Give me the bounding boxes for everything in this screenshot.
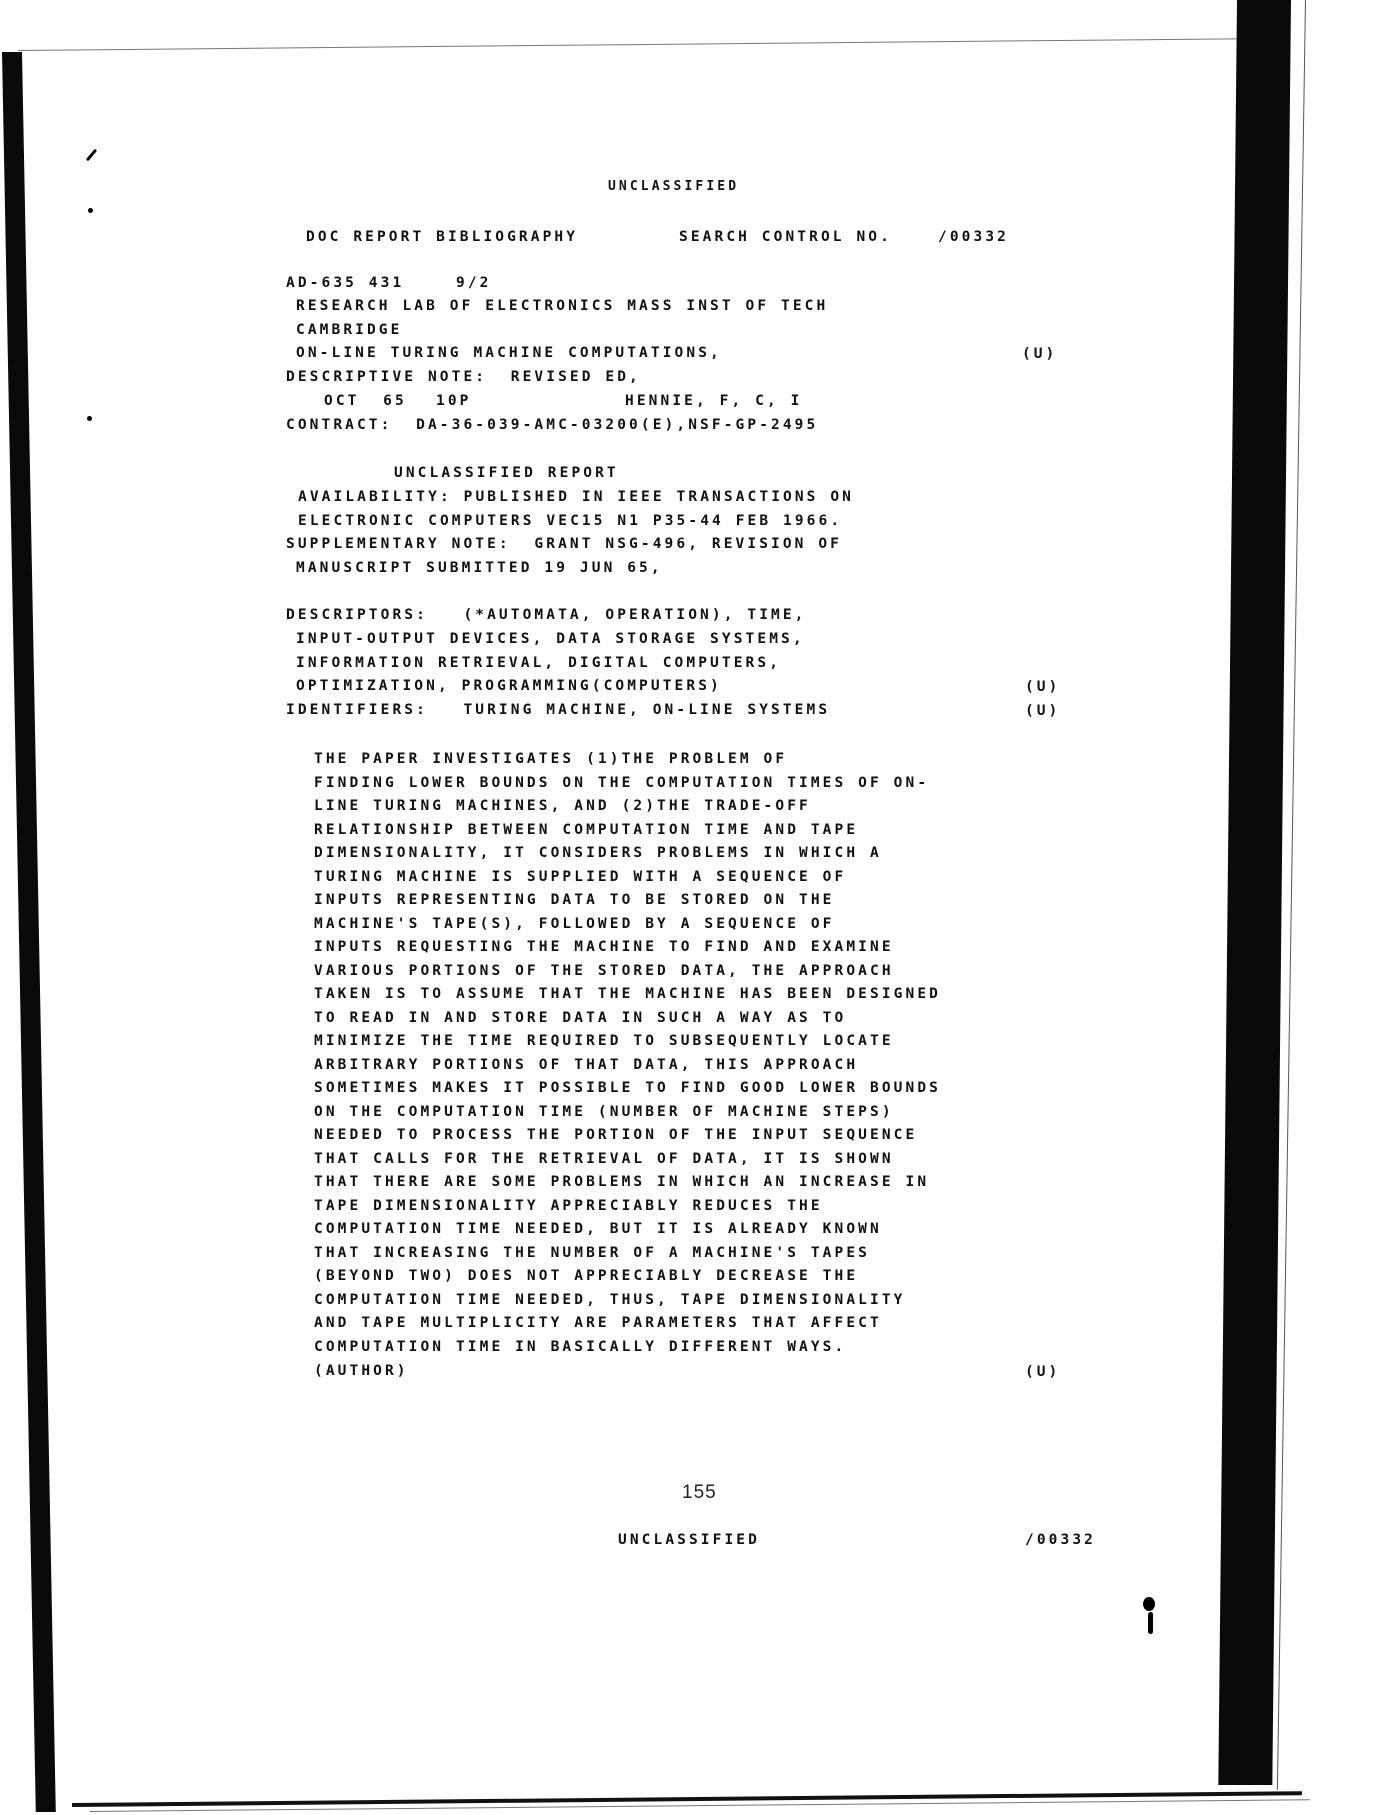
page-count: 10P xyxy=(436,394,472,409)
abstract-line: COMPUTATION TIME NEEDED, BUT IT IS ALREA… xyxy=(314,1222,882,1237)
abstract-author: (AUTHOR) xyxy=(314,1364,409,1379)
source-line: RESEARCH LAB OF ELECTRONICS MASS INST OF… xyxy=(296,299,828,314)
source-line: CAMBRIDGE xyxy=(296,323,402,338)
search-control-number: /00332 xyxy=(938,230,1009,245)
report-date: OCT 65 xyxy=(324,394,407,409)
abstract-line: AND TAPE MULTIPLICITY ARE PARAMETERS THA… xyxy=(314,1316,882,1331)
abstract-line: SOMETIMES MAKES IT POSSIBLE TO FIND GOOD… xyxy=(314,1081,941,1096)
abstract-line: MINIMIZE THE TIME REQUIRED TO SUBSEQUENT… xyxy=(314,1034,894,1049)
descriptors-classification: (U) xyxy=(1025,679,1060,695)
ad-number: AD-635 431 xyxy=(286,276,404,291)
descriptors-line: INFORMATION RETRIEVAL, DIGITAL COMPUTERS… xyxy=(296,656,781,671)
abstract-line: DIMENSIONALITY, IT CONSIDERS PROBLEMS IN… xyxy=(314,846,882,861)
header-classification: UNCLASSIFIED xyxy=(608,180,739,193)
contract: CONTRACT: DA-36-039-AMC-03200(E),NSF-GP-… xyxy=(286,418,818,433)
availability-line: ELECTRONIC COMPUTERS VEC15 N1 P35-44 FEB… xyxy=(298,514,842,529)
abstract-line: THAT INCREASING THE NUMBER OF A MACHINE'… xyxy=(314,1246,870,1261)
abstract-line: THAT CALLS FOR THE RETRIEVAL OF DATA, IT… xyxy=(314,1152,894,1167)
scan-blot xyxy=(1143,1597,1155,1611)
scan-right-border xyxy=(1218,0,1291,1785)
search-control-label: SEARCH CONTROL NO. xyxy=(679,230,892,245)
abstract-line: TURING MACHINE IS SUPPLIED WITH A SEQUEN… xyxy=(314,870,846,885)
scan-mark xyxy=(86,149,97,162)
abstract-line: THAT THERE ARE SOME PROBLEMS IN WHICH AN… xyxy=(314,1175,929,1190)
abstract-line: NEEDED TO PROCESS THE PORTION OF THE INP… xyxy=(314,1128,917,1143)
abstract-line: TAPE DIMENSIONALITY APPRECIABLY REDUCES … xyxy=(314,1199,823,1214)
identifiers-classification: (U) xyxy=(1025,703,1060,719)
footer-control-number: /00332 xyxy=(1025,1533,1096,1548)
scan-left-border xyxy=(2,52,56,1812)
descriptive-note: DESCRIPTIVE NOTE: REVISED ED, xyxy=(286,370,641,385)
scan-speck xyxy=(87,416,92,421)
abstract-line: COMPUTATION TIME NEEDED, THUS, TAPE DIME… xyxy=(314,1293,906,1308)
supplementary-line: SUPPLEMENTARY NOTE: GRANT NSG-496, REVIS… xyxy=(286,537,842,552)
footer-classification: UNCLASSIFIED xyxy=(618,1533,760,1548)
scan-blot xyxy=(1148,1612,1153,1634)
report-title: DOC REPORT BIBLIOGRAPHY xyxy=(306,230,578,245)
report-classification: UNCLASSIFIED REPORT xyxy=(394,466,619,481)
page-number: 155 xyxy=(682,1482,717,1504)
descriptors-line: DESCRIPTORS: (*AUTOMATA, OPERATION), TIM… xyxy=(286,608,807,623)
author: HENNIE, F, C, I xyxy=(625,394,802,409)
abstract-line: TAKEN IS TO ASSUME THAT THE MACHINE HAS … xyxy=(314,987,941,1002)
page-top-edge xyxy=(18,38,1278,51)
title-classification: (U) xyxy=(1022,346,1057,362)
abstract-line: ON THE COMPUTATION TIME (NUMBER OF MACHI… xyxy=(314,1105,894,1120)
abstract-line: MACHINE'S TAPE(S), FOLLOWED BY A SEQUENC… xyxy=(314,917,835,932)
abstract-line: ARBITRARY PORTIONS OF THAT DATA, THIS AP… xyxy=(314,1058,858,1073)
field-group: 9/2 xyxy=(456,276,492,291)
abstract-line: THE PAPER INVESTIGATES (1)THE PROBLEM OF xyxy=(314,752,787,767)
record-title: ON-LINE TURING MACHINE COMPUTATIONS, xyxy=(296,346,722,361)
abstract-classification: (U) xyxy=(1025,1364,1060,1380)
abstract-line: COMPUTATION TIME IN BASICALLY DIFFERENT … xyxy=(314,1340,846,1355)
descriptors-line: OPTIMIZATION, PROGRAMMING(COMPUTERS) xyxy=(296,679,722,694)
supplementary-line: MANUSCRIPT SUBMITTED 19 JUN 65, xyxy=(296,561,663,576)
abstract-line: INPUTS REPRESENTING DATA TO BE STORED ON… xyxy=(314,893,835,908)
availability-line: AVAILABILITY: PUBLISHED IN IEEE TRANSACT… xyxy=(298,490,854,505)
abstract-line: (BEYOND TWO) DOES NOT APPRECIABLY DECREA… xyxy=(314,1269,858,1284)
scan-speck xyxy=(88,208,93,213)
identifiers: IDENTIFIERS: TURING MACHINE, ON-LINE SYS… xyxy=(286,703,830,718)
abstract-line: RELATIONSHIP BETWEEN COMPUTATION TIME AN… xyxy=(314,823,858,838)
abstract-line: FINDING LOWER BOUNDS ON THE COMPUTATION … xyxy=(314,776,929,791)
descriptors-line: INPUT-OUTPUT DEVICES, DATA STORAGE SYSTE… xyxy=(296,632,805,647)
abstract-line: VARIOUS PORTIONS OF THE STORED DATA, THE… xyxy=(314,964,894,979)
abstract-line: TO READ IN AND STORE DATA IN SUCH A WAY … xyxy=(314,1011,846,1026)
abstract-line: INPUTS REQUESTING THE MACHINE TO FIND AN… xyxy=(314,940,894,955)
abstract-line: LINE TURING MACHINES, AND (2)THE TRADE-O… xyxy=(314,799,811,814)
